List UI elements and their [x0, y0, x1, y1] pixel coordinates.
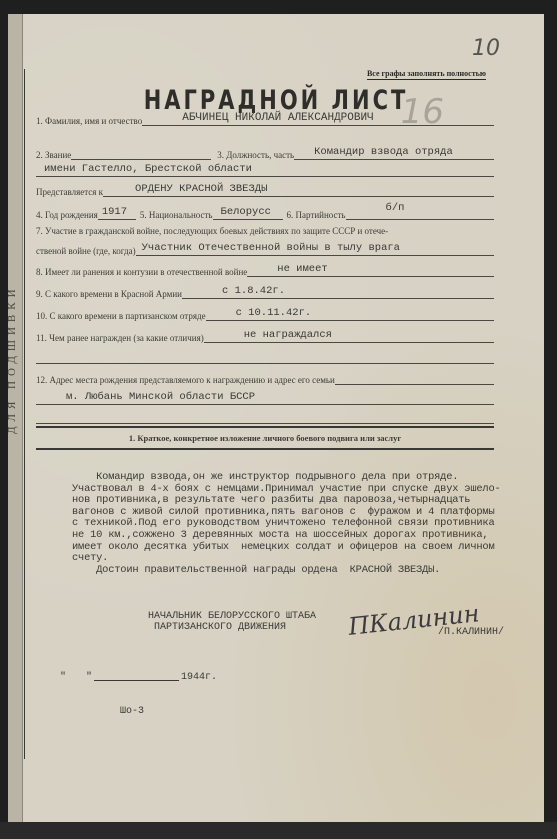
field-label-nationality: 5. Национальность: [140, 210, 213, 220]
field-label: Представляется к: [36, 187, 103, 197]
field-value: не награждался: [244, 329, 332, 341]
field-value: АБЧИНЕЦ НИКОЛАЙ АЛЕКСАНДРОВИЧ: [182, 112, 373, 124]
scan-border: [0, 822, 557, 839]
field-birth-nationality-party: 4. Год рождения 1917 5. Национальность Б…: [36, 207, 494, 220]
field-value-position: Командир взвода отряда: [314, 146, 453, 158]
field-value-nationality: Белорусс: [221, 206, 271, 218]
field-address-label: 12. Адрес места рождения представляемого…: [36, 372, 494, 385]
field-label-position: 3. Должность, часть: [217, 150, 294, 160]
binding-label: ДЛЯ ПОДШИВКИ: [6, 234, 18, 434]
field-label-party: 6. Партийность: [287, 210, 346, 220]
field-value: с 10.11.42г.: [236, 307, 312, 319]
date-close-quote: ": [86, 672, 92, 683]
field-label: 7. Участие в гражданской войне, последую…: [36, 226, 388, 236]
field-wounds: 8. Имеет ли ранения и контузии в отечест…: [36, 264, 494, 277]
award-sheet-page: ДЛЯ ПОДШИВКИ 10 16 Все графы заполнять п…: [8, 14, 544, 822]
field-unit-continued: имени Гастелло, Брестской области: [36, 164, 494, 177]
field-label: 10. С какого времени в партизанском отря…: [36, 311, 206, 321]
section-heading: 1. Краткое, конкретное изложение личного…: [36, 426, 494, 450]
field-label: 1. Фамилия, имя и отчество: [36, 116, 142, 126]
field-label: 11. Чем ранее награжден (за какие отличи…: [36, 333, 204, 343]
date-blank: [94, 680, 179, 681]
field-address: м. Любань Минской области БССР: [36, 392, 494, 405]
field-award: Представляется к ОРДЕНУ КРАСНОЙ ЗВЕЗДЫ: [36, 184, 494, 197]
field-value-party: б/п: [386, 202, 405, 214]
pencil-page-number: 10: [472, 36, 500, 61]
field-label: 8. Имеет ли ранения и контузии в отечест…: [36, 267, 247, 277]
field-value-award: ОРДЕНУ КРАСНОЙ ЗВЕЗДЫ: [135, 183, 267, 195]
field-war-participation: ственой войне (где, когда) Участник Отеч…: [36, 243, 494, 256]
blank-line: [36, 411, 494, 424]
field-label: 12. Адрес места рождения представляемого…: [36, 375, 335, 385]
field-value-rank: [71, 147, 211, 160]
signer-name: /П.КАЛИНИН/: [438, 627, 504, 638]
margin-line: [24, 69, 25, 759]
field-value: Участник Отечественной войны в тылу враг…: [142, 242, 400, 254]
field-full-name: 1. Фамилия, имя и отчество АБЧИНЕЦ НИКОЛ…: [36, 113, 494, 126]
field-value: не имеет: [277, 263, 327, 275]
field-war-participation-label: 7. Участие в гражданской войне, последую…: [36, 226, 494, 236]
field-value-birth-year: 1917: [102, 206, 127, 218]
field-red-army-since: 9. С какого времени в Красной Армии с 1.…: [36, 286, 494, 299]
merit-narrative: Командир взвода,он же инструктор подрывн…: [72, 472, 542, 576]
fill-all-fields-note: Все графы заполнять полностью: [367, 69, 486, 80]
field-label-rank: 2. Звание: [36, 150, 71, 160]
field-value-unit: имени Гастелло, Брестской области: [44, 163, 252, 175]
field-label-birth-year: 4. Год рождения: [36, 210, 98, 220]
field-label: 9. С какого времени в Красной Армии: [36, 289, 182, 299]
form-code: Шо-3: [120, 706, 144, 717]
field-label: ственой войне (где, когда): [36, 246, 136, 256]
field-value: м. Любань Минской области БССР: [66, 391, 255, 403]
page-title: НАГРАДНОЙ ЛИСТ: [8, 85, 544, 115]
field-previous-awards: 11. Чем ранее награжден (за какие отличи…: [36, 330, 494, 343]
date-year: 1944г.: [181, 672, 217, 683]
signatory-title: НАЧАЛЬНИК БЕЛОРУССКОГО ШТАБА ПАРТИЗАНСКО…: [148, 611, 316, 633]
field-rank-position: 2. Звание 3. Должность, часть Командир в…: [36, 147, 494, 160]
field-partisan-since: 10. С какого времени в партизанском отря…: [36, 308, 494, 321]
field-value: с 1.8.42г.: [222, 285, 285, 297]
date-line: " " 1944г.: [60, 672, 217, 683]
date-open-quote: ": [60, 672, 66, 683]
binding-strip: ДЛЯ ПОДШИВКИ: [8, 14, 23, 822]
blank-line: [36, 351, 494, 364]
